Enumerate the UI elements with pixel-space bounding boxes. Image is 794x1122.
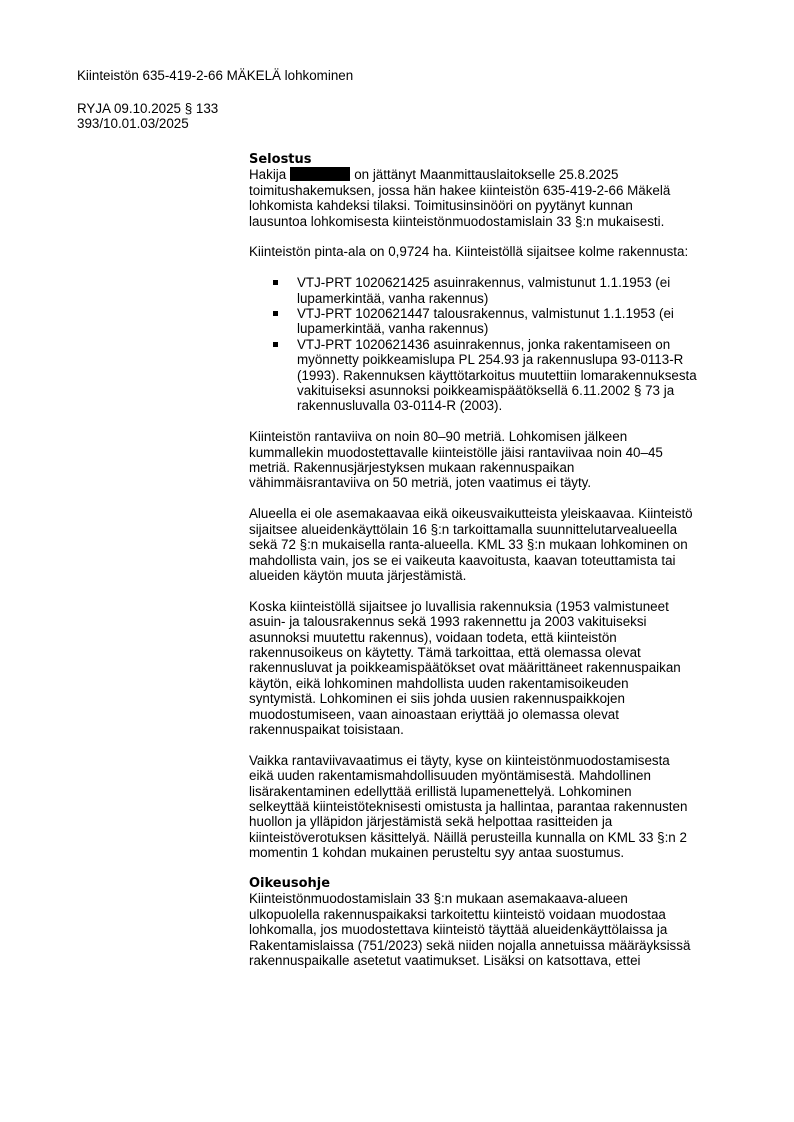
intro-line-3: lohkomista kahdeksi tilaksi. Toimitusins… xyxy=(249,198,749,213)
paragraph-line: rakennuspaikat toisistaan. xyxy=(249,722,749,737)
area-line: Kiinteistön pinta-ala on 0,9724 ha. Kiin… xyxy=(249,244,749,259)
document-meta: RYJA 09.10.2025 § 133 393/10.01.03/2025 xyxy=(77,101,218,132)
square-bullet-icon xyxy=(273,342,278,347)
paragraph-line: eikä uuden rakentamismahdollisuuden myön… xyxy=(249,768,749,783)
paragraph-line: Koska kiinteistöllä sijaitsee jo luvalli… xyxy=(249,599,749,614)
section-heading-selostus: Selostus xyxy=(249,152,749,167)
document-title: Kiinteistön 635-419-2-66 MÄKELÄ lohkomin… xyxy=(77,68,353,83)
paragraph-line: vähimmäisrantaviiva on 50 metriä, joten … xyxy=(249,475,749,490)
building-line: VTJ-PRT 1020621436 asuinrakennus, jonka … xyxy=(297,337,749,352)
paragraph-line: Rakentamislaissa (751/2023) sekä niiden … xyxy=(249,938,749,953)
decision-reference: RYJA 09.10.2025 § 133 xyxy=(77,101,218,116)
building-list-item: VTJ-PRT 1020621447 talousrakennus, valmi… xyxy=(249,306,749,337)
legal-guidance-paragraph: Kiinteistönmuodostamislain 33 §:n mukaan… xyxy=(249,891,749,968)
paragraph-line: metriä. Rakennusjärjestyksen mukaan rake… xyxy=(249,460,749,475)
paragraph-line: rakennusoikeus on käytetty. Tämä tarkoit… xyxy=(249,645,749,660)
paragraph-line: kummallekin muodostettavalle kiinteistöl… xyxy=(249,445,749,460)
buildings-list: VTJ-PRT 1020621425 asuinrakennus, valmis… xyxy=(249,275,749,414)
paragraph-line: sekä 72 §:n mukaisella ranta-alueella. K… xyxy=(249,537,749,552)
paragraph-line: Vaikka rantaviivavaatimus ei täyty, kyse… xyxy=(249,753,749,768)
building-line: VTJ-PRT 1020621425 asuinrakennus, valmis… xyxy=(297,275,749,290)
paragraph-line: asunnoksi muutettu rakennus), voidaan to… xyxy=(249,630,749,645)
paragraph-line: Kiinteistön rantaviiva on noin 80–90 met… xyxy=(249,429,749,444)
paragraph-line: sijaitsee alueidenkäyttölain 16 §:n tark… xyxy=(249,522,749,537)
paragraph-line: momentin 1 kohdan mukainen perusteltu sy… xyxy=(249,845,749,860)
building-line: lupamerkintää, vanha rakennus) xyxy=(297,291,749,306)
justification-paragraph: Vaikka rantaviivavaatimus ei täyty, kyse… xyxy=(249,753,749,861)
building-line: (1993). Rakennuksen käyttötarkoitus muut… xyxy=(297,368,749,383)
paragraph-line: asuin- ja talousrakennus sekä 1993 raken… xyxy=(249,614,749,629)
paragraph-line: käytön, eikä lohkominen mahdollista uude… xyxy=(249,676,749,691)
intro-line-4: lausuntoa lohkomisesta kiinteistönmuodos… xyxy=(249,214,749,229)
intro-line-2: toimitushakemuksen, jossa hän hakee kiin… xyxy=(249,183,749,198)
redacted-applicant-name xyxy=(290,167,350,181)
building-list-item: VTJ-PRT 1020621436 asuinrakennus, jonka … xyxy=(249,337,749,414)
shoreline-paragraph: Kiinteistön rantaviiva on noin 80–90 met… xyxy=(249,429,749,491)
area-paragraph: Kiinteistön pinta-ala on 0,9724 ha. Kiin… xyxy=(249,244,749,259)
section-heading-oikeusohje: Oikeusohje xyxy=(249,876,749,891)
paragraph-line: alueiden käytön muuta järjestämistä. xyxy=(249,568,749,583)
paragraph-line: mahdollista vain, jos se ei vaikeuta kaa… xyxy=(249,553,749,568)
document-body: Selostus Hakijaon jättänyt Maanmittausla… xyxy=(249,152,749,984)
intro-line-1-start: Hakija xyxy=(249,167,286,182)
building-list-item: VTJ-PRT 1020621425 asuinrakennus, valmis… xyxy=(249,275,749,306)
building-line: myönnetty poikkeamislupa PL 254.93 ja ra… xyxy=(297,352,749,367)
intro-line-1-end: on jättänyt Maanmittauslaitokselle 25.8.… xyxy=(354,167,618,182)
paragraph-line: selkeyttää kiinteistöteknisesti omistust… xyxy=(249,799,749,814)
paragraph-line: syntymistä. Lohkominen ei siis johda uus… xyxy=(249,691,749,706)
paragraph-line: rakennuspaikalle asetetut vaatimukset. L… xyxy=(249,953,749,968)
paragraph-line: Kiinteistönmuodostamislain 33 §:n mukaan… xyxy=(249,891,749,906)
zoning-paragraph: Alueella ei ole asemakaavaa eikä oikeusv… xyxy=(249,506,749,583)
paragraph-line: muodostumiseen, vaan ainoastaan eriyttää… xyxy=(249,707,749,722)
square-bullet-icon xyxy=(273,311,278,316)
building-rights-paragraph: Koska kiinteistöllä sijaitsee jo luvalli… xyxy=(249,599,749,738)
paragraph-line: lisärakentaminen edellyttää erillistä lu… xyxy=(249,784,749,799)
record-number: 393/10.01.03/2025 xyxy=(77,116,218,131)
building-line: vakituiseksi asunnoksi poikkeamispäätöks… xyxy=(297,383,749,398)
paragraph-line: ulkopuolella rakennuspaikaksi tarkoitett… xyxy=(249,907,749,922)
document-page: Kiinteistön 635-419-2-66 MÄKELÄ lohkomin… xyxy=(0,0,794,1122)
building-line: VTJ-PRT 1020621447 talousrakennus, valmi… xyxy=(297,306,749,321)
square-bullet-icon xyxy=(273,280,278,285)
paragraph-line: huollon ja ylläpidon järjestämistä sekä … xyxy=(249,814,749,829)
intro-paragraph: Hakijaon jättänyt Maanmittauslaitokselle… xyxy=(249,167,749,229)
paragraph-line: lohkomalla, jos muodostettava kiinteistö… xyxy=(249,922,749,937)
paragraph-line: Alueella ei ole asemakaavaa eikä oikeusv… xyxy=(249,506,749,521)
paragraph-line: rakennusluvat ja poikkeamispäätökset ova… xyxy=(249,660,749,675)
paragraph-line: kiinteistöverotuksen käsittelyä. Näillä … xyxy=(249,830,749,845)
building-line: lupamerkintää, vanha rakennus) xyxy=(297,321,749,336)
building-line: rakennusluvalla 03-0114-R (2003). xyxy=(297,398,749,413)
